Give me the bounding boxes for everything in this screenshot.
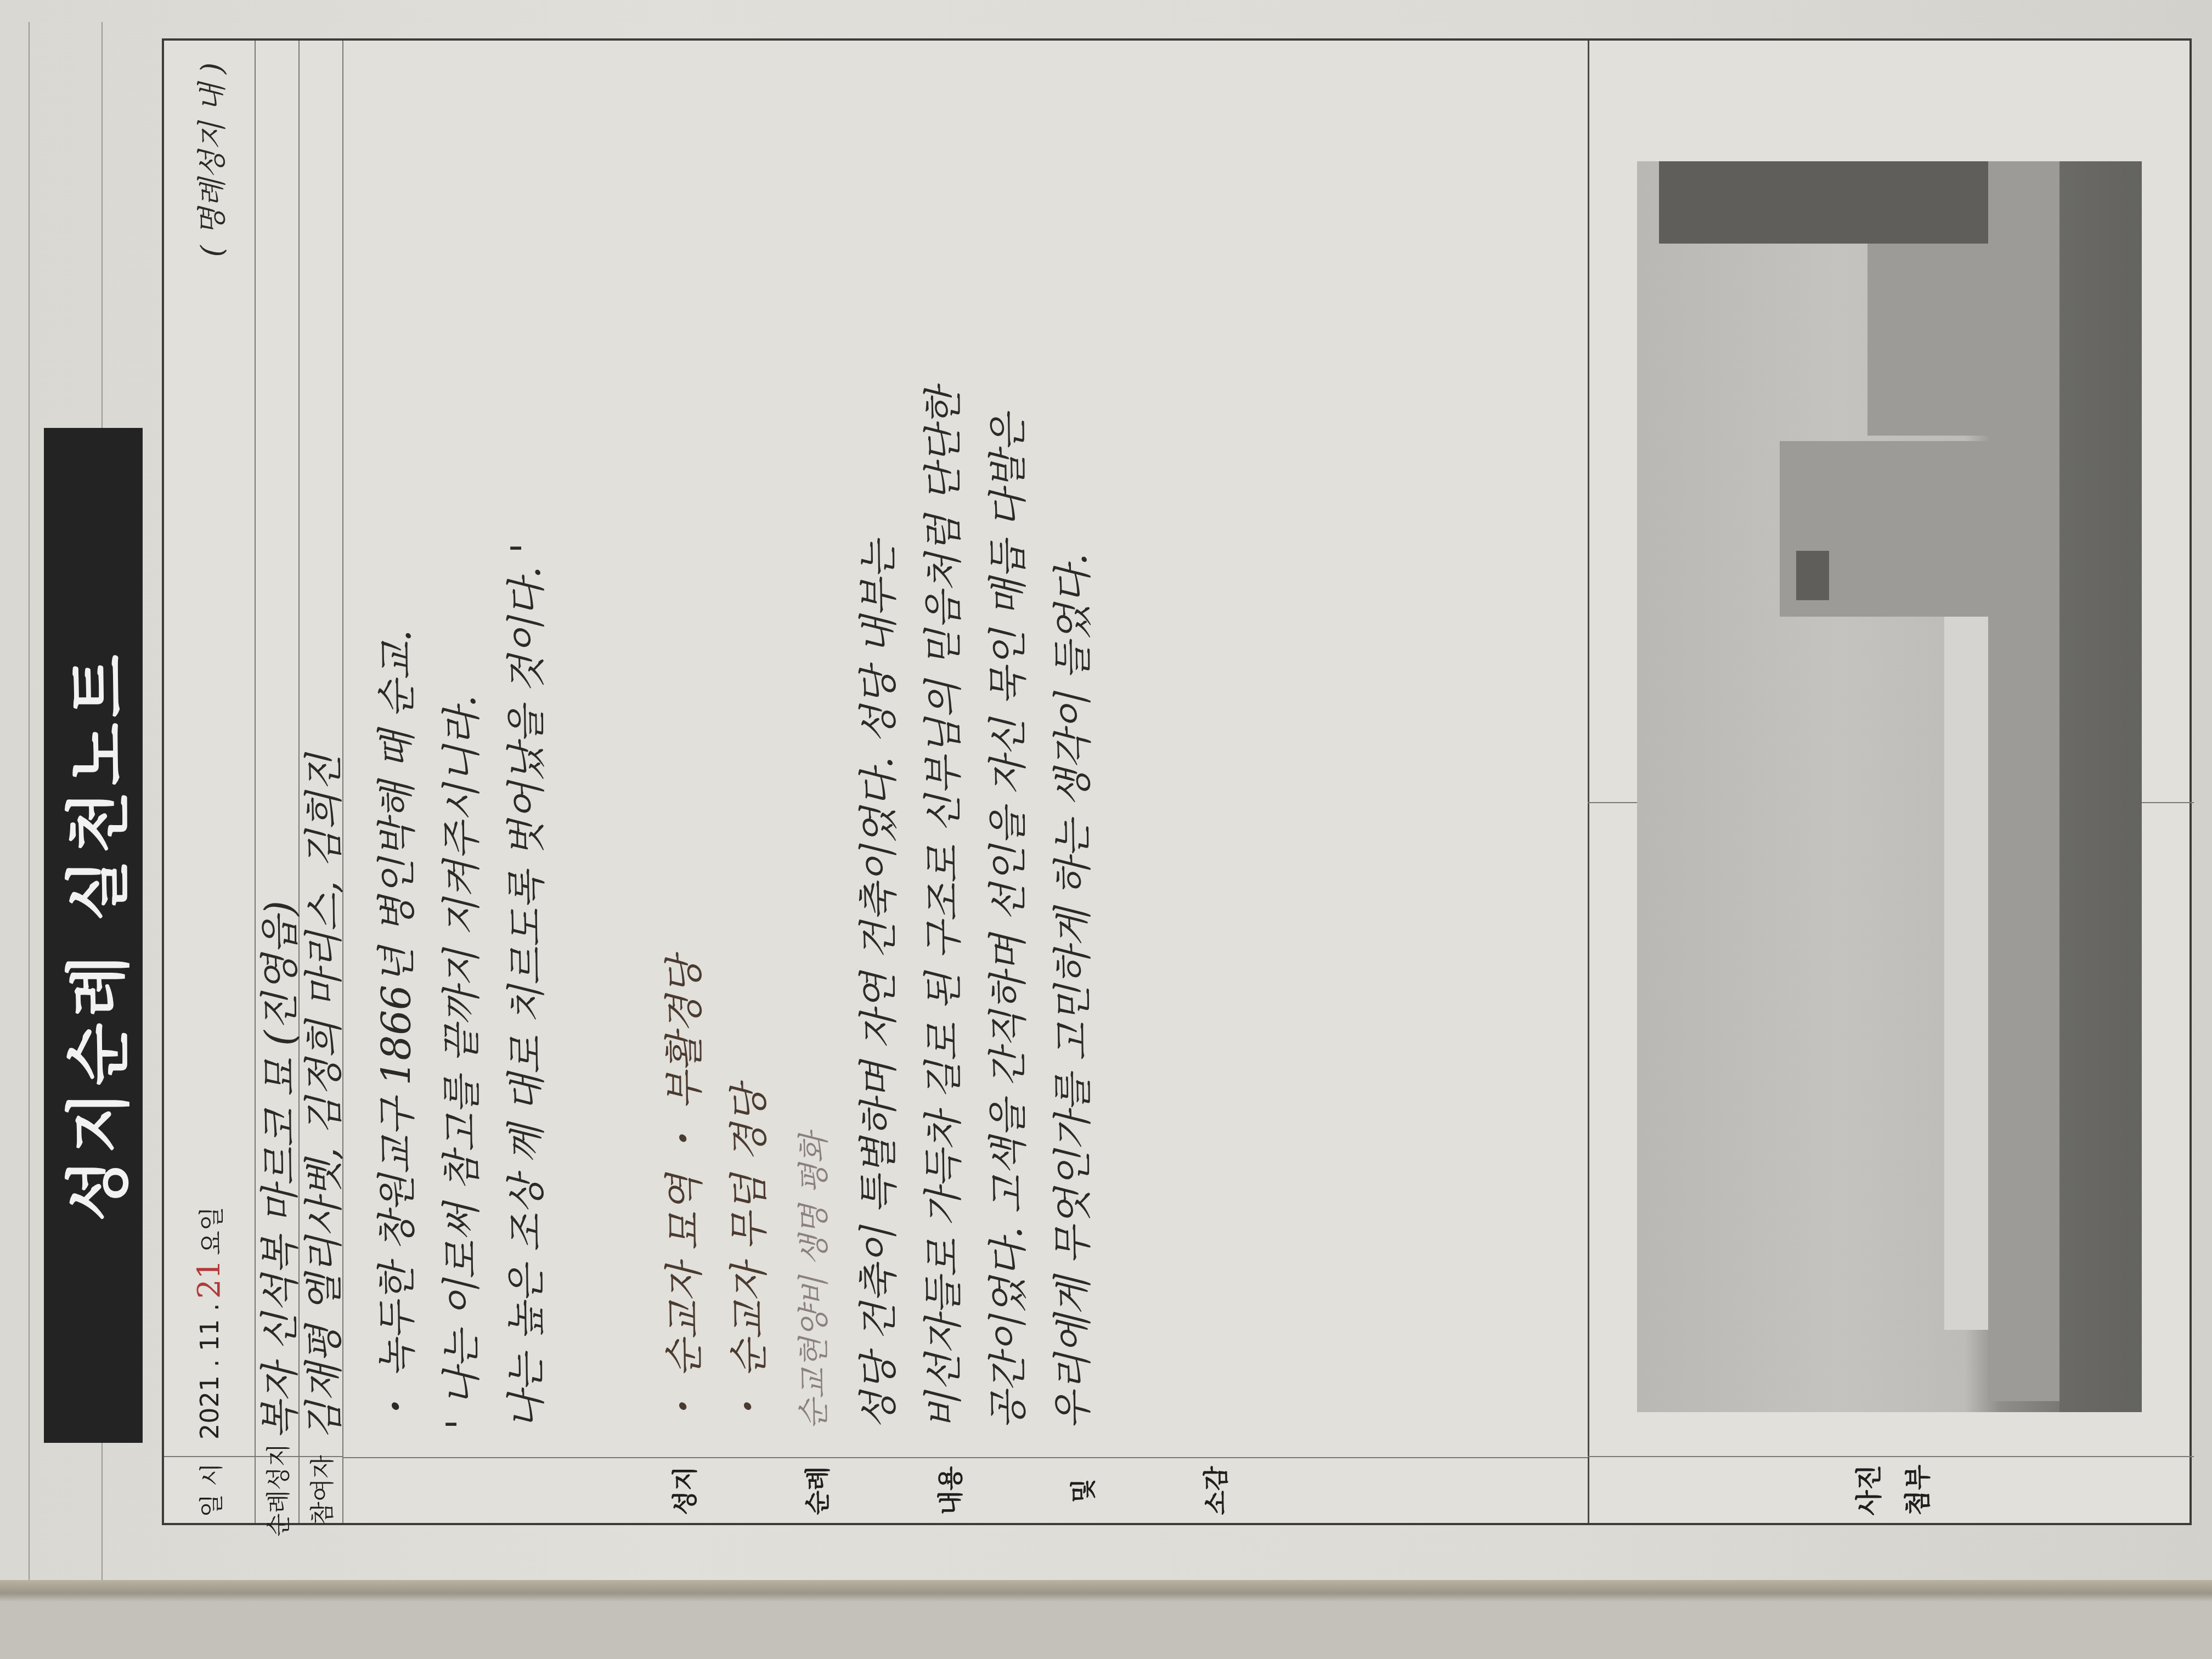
content-line: 순교현양비 생명 평화 — [781, 68, 846, 1430]
form-table: 일 시 2021 . 11 . 21 요일 ( 명례성지 내 ) 순례성지 복자… — [162, 38, 2192, 1525]
photo-wall — [1988, 161, 2059, 1401]
content-label-line: 순례 — [798, 1466, 834, 1515]
participants-label: 참여자 — [298, 1456, 342, 1523]
margin-line — [29, 22, 30, 1580]
photo-label: 사진 첨부 — [1588, 1456, 2194, 1523]
photo-tree — [1659, 161, 1988, 244]
content-line: 비선자들로 가득차 길로 된 구조로 신부님의 믿음처럼 단단한 — [911, 68, 975, 1430]
content-label-line: 및 — [1063, 1479, 1099, 1503]
participants-row: 참여자 김재평 엘리사벳, 김정희 마리스, 김희진 — [298, 41, 343, 1523]
date-value[interactable]: 2021 . 11 . 21 요일 ( 명례성지 내 ) — [164, 41, 255, 1456]
content-row: 성지 순례 내용 및 소감 ・ 녹두한 창원교구 1866년 병인박해 때 순교… — [342, 41, 1589, 1523]
participants-value[interactable]: 김재평 엘리사벳, 김정희 마리스, 김희진 — [298, 41, 342, 1456]
title-banner: 성지순례 실천노트 — [44, 428, 143, 1443]
date-year-month: 2021 . 11 . — [195, 1303, 224, 1440]
photo-ground — [2059, 161, 2142, 1412]
content-line: 나는 높은 조상 께 대로 치르도록 벗어났을 것이다. ' — [494, 68, 558, 1430]
blank-space — [558, 68, 652, 1430]
photo-roofline — [1944, 617, 1988, 1330]
weekday-label: 요일 — [191, 1206, 228, 1255]
content-label-line: 내용 — [930, 1466, 967, 1515]
site-label: 순례성지 — [255, 1456, 298, 1523]
location-note: ( 명례성지 내 ) — [188, 63, 230, 257]
photo-attachment-area[interactable] — [1588, 41, 2194, 1456]
photo-tower-window — [1796, 551, 1829, 600]
content-line: ・ 순교자 무덤 경당 — [716, 68, 781, 1430]
date-day: 21 — [191, 1260, 227, 1299]
page-edge — [0, 1580, 2212, 1602]
photo-label-line: 첨부 — [1897, 1465, 1934, 1516]
date-label: 일 시 — [164, 1456, 255, 1523]
content-label: 성지 순례 내용 및 소감 — [342, 1457, 1588, 1523]
photo-side-building — [1867, 238, 1988, 436]
photo-label-line: 사진 — [1848, 1465, 1886, 1516]
content-line: 성당 건축이 특별하며 자연 건축이었다. 성당 내부는 — [846, 68, 911, 1430]
underlying-page — [0, 1602, 2212, 1659]
content-line: 공간이었다. 고색을 간직하며 선인을 자신 묵인 매듭 다발은 — [975, 68, 1040, 1430]
content-label-line: 소감 — [1196, 1466, 1232, 1515]
content-line: ' 나는 이로써 참고를 끝까지 지켜주시니라. — [429, 68, 494, 1430]
photo-row: 사진 첨부 — [1588, 41, 2194, 1523]
date-row: 일 시 2021 . 11 . 21 요일 ( 명례성지 내 ) — [164, 41, 256, 1523]
content-line: ・ 녹두한 창원교구 1866년 병인박해 때 순교. — [364, 68, 429, 1430]
pilgrimage-note-form: 성지순례 실천노트 일 시 2021 . 11 . 21 요일 ( 명례성지 내… — [162, 38, 2192, 1525]
content-label-line: 성지 — [665, 1466, 701, 1515]
content-line: ・ 순교자 묘역 ・ 부활경당 — [652, 68, 716, 1430]
chapel-photo — [1637, 161, 2142, 1412]
content-text-area[interactable]: ・ 녹두한 창원교구 1866년 병인박해 때 순교. ' 나는 이로써 참고를… — [342, 41, 1588, 1457]
content-line: 우리에게 무엇인가를 고민하게 하는 생각이 들었다. — [1040, 68, 1105, 1430]
